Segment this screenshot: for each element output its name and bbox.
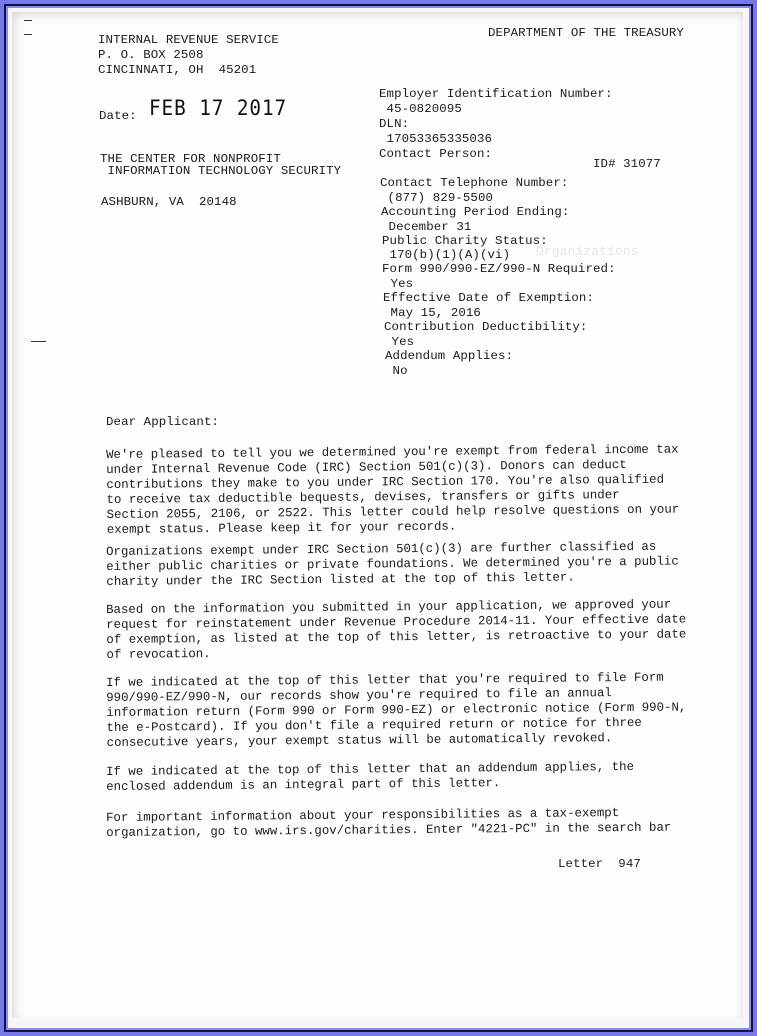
ein-label: Employer Identification Number:: [379, 87, 613, 102]
dln-label: DLN:: [379, 117, 409, 132]
letter-page: INTERNAL REVENUE SERVICE P. O. BOX 2508 …: [12, 12, 743, 1018]
phone-value: (877) 829-5500: [380, 191, 493, 206]
accounting-period-label: Accounting Period Ending:: [381, 205, 569, 220]
deductibility-value: Yes: [384, 335, 414, 350]
paragraph-1: We're pleased to tell you we determined …: [106, 442, 727, 538]
ein-value: 45-0820095: [379, 102, 462, 117]
accounting-period-value: December 31: [381, 220, 471, 235]
charity-status-value: 170(b)(1)(A)(vi): [382, 248, 510, 263]
bleed-through-text: Organizations: [536, 244, 639, 259]
margin-mark: [31, 341, 46, 342]
effective-date-value: May 15, 2016: [383, 306, 481, 321]
paragraph-3: Based on the information you submitted i…: [106, 597, 727, 663]
margin-mark: [24, 34, 32, 35]
dln-value: 17053365335036: [379, 132, 492, 147]
paragraph-2: Organizations exempt under IRC Section 5…: [106, 539, 726, 590]
paragraph-4: If we indicated at the top of this lette…: [106, 670, 727, 751]
date-stamp: FEB 17 2017: [149, 101, 287, 116]
form-required-value: Yes: [383, 277, 413, 292]
addendum-label: Addendum Applies:: [385, 349, 513, 364]
contact-id: ID# 31077: [593, 157, 661, 172]
margin-mark: [24, 20, 32, 21]
salutation: Dear Applicant:: [106, 415, 219, 430]
addendum-value: No: [385, 364, 408, 379]
sender-address-line1: P. O. BOX 2508: [98, 48, 204, 63]
paragraph-5: If we indicated at the top of this lette…: [106, 759, 726, 795]
department-heading: DEPARTMENT OF THE TREASURY: [488, 26, 684, 41]
deductibility-label: Contribution Deductibility:: [384, 320, 587, 335]
date-label: Date:: [99, 109, 137, 124]
contact-person-label: Contact Person:: [379, 147, 492, 162]
sender-address-line2: CINCINNATI, OH 45201: [98, 63, 256, 78]
sender-name: INTERNAL REVENUE SERVICE: [98, 33, 279, 48]
paragraph-6: For important information about your res…: [106, 805, 726, 841]
recipient-city: ASHBURN, VA 20148: [101, 195, 237, 210]
recipient-name-line2: INFORMATION TECHNOLOGY SECURITY: [100, 164, 341, 179]
letter-id: Letter 947: [558, 857, 641, 872]
effective-date-label: Effective Date of Exemption:: [383, 291, 594, 306]
phone-label: Contact Telephone Number:: [380, 176, 568, 191]
form-required-label: Form 990/990-EZ/990-N Required:: [382, 262, 616, 277]
charity-status-label: Public Charity Status:: [382, 234, 548, 249]
